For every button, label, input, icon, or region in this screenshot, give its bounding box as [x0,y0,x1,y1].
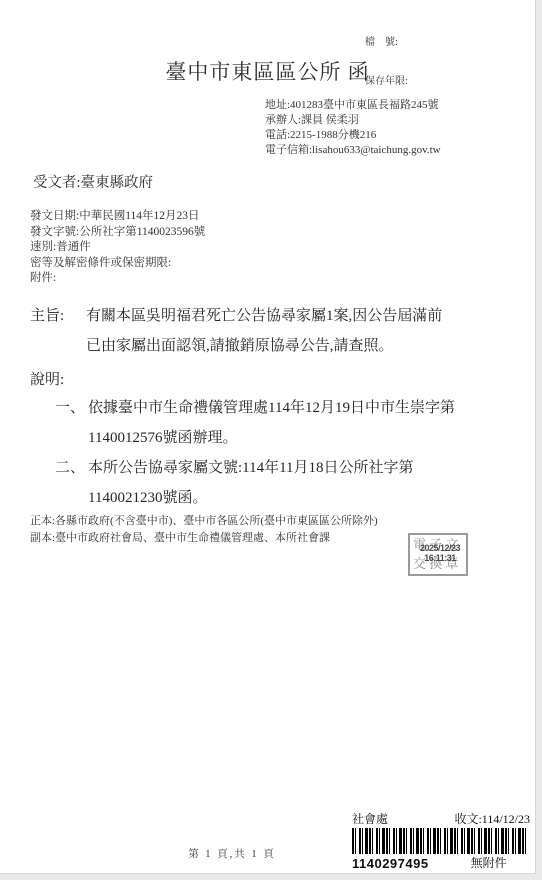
cc-copy-line: 副本:臺中市政府社會局、臺中市生命禮儀管理處、本所社會課 [30,530,378,547]
receipt-footer: 1140297495 無附件 [352,855,530,872]
attachment-line: 附件: [30,271,205,287]
receipt-barcode [352,828,528,854]
item-content: 依據臺中市生命禮儀管理處114年12月19日中市生崇字第 1140012576號… [88,393,455,453]
stamp-time: 16:11:31 [406,553,474,563]
description-item-1: 一、 依據臺中市生命禮儀管理處114年12月19日中市生崇字第 11400125… [55,393,520,453]
copies-section: 正本:各縣市政府(不含臺中市)、臺中市各區公所(臺中市東區區公所除外) 副本:臺… [30,513,378,547]
item-number: 一、 [55,393,88,453]
description-items: 一、 依據臺中市生命禮儀管理處114年12月19日中市生崇字第 11400125… [55,393,520,513]
recipient-line: 受文者:臺東縣政府 [33,171,153,192]
subject-section: 主旨: 有關本區吳明福君死亡公告協尋家屬1案,因公告屆滿前 已由家屬出面認領,請… [30,301,522,361]
speed-class: 速別:普通件 [30,240,205,256]
sender-phone: 電話:2215-1988分機216 [265,128,441,143]
description-item-2: 二、 本所公告協尋家屬文號:114年11月18日公所社字第 1140021230… [55,453,520,513]
item-1-line-1: 依據臺中市生命禮儀管理處114年12月19日中市生崇字第 [88,393,455,423]
item-number: 二、 [55,453,88,513]
item-2-line-2: 1140021230號函。 [88,483,414,513]
subject-content: 有關本區吳明福君死亡公告協尋家屬1案,因公告屆滿前 已由家屬出面認領,請撤銷原協… [86,301,442,361]
receipt-attachment-note: 無附件 [471,855,507,872]
issue-number: 發文字號:公所社字第1140023596號 [30,225,205,241]
subject-label: 主旨: [30,301,86,361]
receipt-block: 社會處 收文:114/12/23 1140297495 無附件 [352,811,530,872]
stamp-datetime: 2025/12/23 16:11:31 [406,543,474,563]
file-number-label: 檔 號: [365,36,408,49]
sender-email: 電子信箱:lisahou633@taichung.gov.tw [265,143,441,158]
document-title: 臺中市東區區公所 函 [0,56,535,86]
issue-date: 發文日期:中華民國114年12月23日 [30,209,205,225]
item-2-line-1: 本所公告協尋家屬文號:114年11月18日公所社字第 [88,453,414,483]
stamp-date: 2025/12/23 [406,543,474,553]
description-label: 說明: [30,368,64,389]
subject-line-2: 已由家屬出面認領,請撤銷原協尋公告,請查照。 [86,331,442,361]
document-page: 檔 號: 保存年限: 臺中市東區區公所 函 地址:401283臺中市東區長福路2… [0,0,536,874]
receipt-department: 社會處 [352,811,388,827]
subject-line-1: 有關本區吳明福君死亡公告協尋家屬1案,因公告屆滿前 [86,301,442,331]
electronic-exchange-stamp: 電 子 文 交 換 章 2025/12/23 16:11:31 [408,533,468,576]
sender-info: 地址:401283臺中市東區長福路245號 承辦人:課員 侯柔羽 電話:2215… [265,98,441,158]
item-content: 本所公告協尋家屬文號:114年11月18日公所社字第 1140021230號函。 [88,453,414,513]
receipt-date: 收文:114/12/23 [454,811,530,827]
receipt-number: 1140297495 [352,855,429,872]
receipt-header: 社會處 收文:114/12/23 [352,811,530,827]
item-1-line-2: 1140012576號函辦理。 [88,423,455,453]
document-meta: 發文日期:中華民國114年12月23日 發文字號:公所社字第1140023596… [30,209,205,287]
sender-address: 地址:401283臺中市東區長福路245號 [265,98,441,113]
sender-contact: 承辦人:課員 侯柔羽 [265,113,441,128]
security-class: 密等及解密條件或保密期限: [30,256,205,272]
original-copy-line: 正本:各縣市政府(不含臺中市)、臺中市各區公所(臺中市東區區公所除外) [30,513,378,530]
